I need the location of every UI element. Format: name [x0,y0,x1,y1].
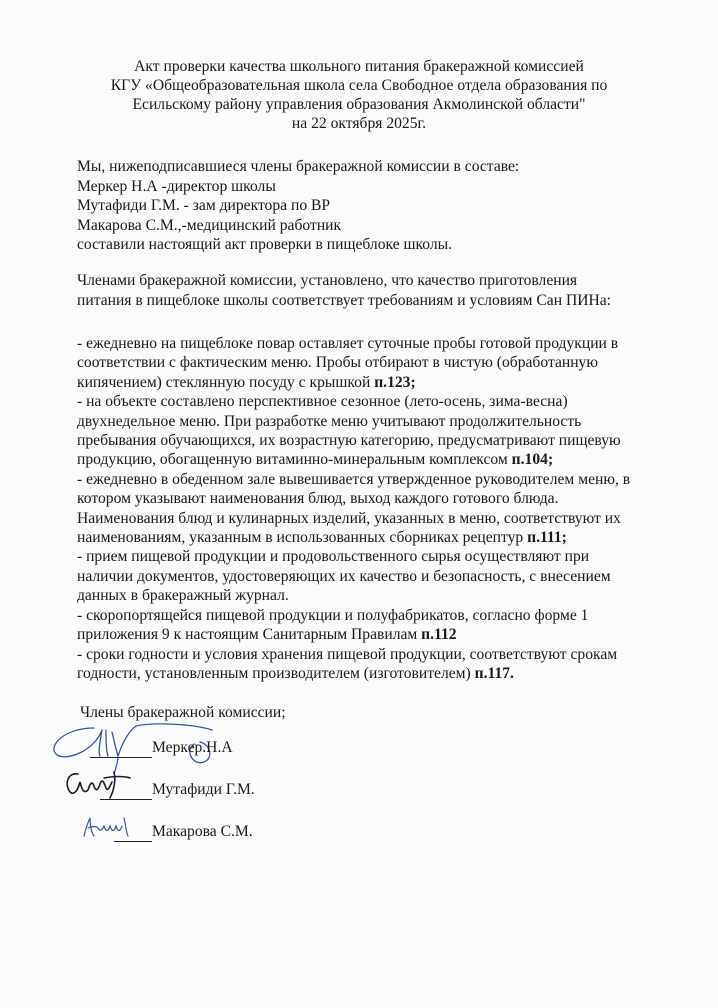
list-line: - на объекте составлено перспективное се… [77,392,630,411]
signature-row-mutafidi: Мутафиди Г.М. [44,764,344,804]
signer-name: Мутафиди Г.М. [152,781,255,799]
list-line: соответствии с фактическим меню. Пробы о… [77,353,630,372]
clause-ref: п.111; [527,529,567,546]
intro-line: Мы, нижеподписавшиеся члены бракеражной … [77,157,519,177]
document-page: Акт проверки качества школьного питания … [0,0,718,1008]
handwritten-signature-icon [44,806,164,846]
findings-line: питания в пищеблоке школы соответствует … [77,291,611,311]
signatures-heading: Члены бракеражной комиссии; [80,703,286,722]
list-line: годности, установленным производителем (… [77,664,630,683]
member-makarova: Макарова С.М.,-медицинский работник [77,216,519,236]
list-line: котором указывают наименования блюд, вых… [77,489,630,508]
findings-line: Членами бракеражной комиссии, установлен… [77,271,611,291]
list-line: приложения 9 к настоящим Санитарным Прав… [77,625,630,644]
member-mutafidi: Мутафиди Г.М. - зам директора по ВР [77,196,519,216]
list-line: двухнедельное меню. При разработке меню … [77,412,630,431]
signer-name: Макарова С.М. [152,823,253,841]
list-line: продукцию, обогащенную витаминно-минерал… [77,450,630,469]
intro-line: составили настоящий акт проверки в пищеб… [77,235,519,255]
signer-name: Меркер.Н.А [152,739,233,757]
list-line: Наименования блюд и кулинарных изделий, … [77,509,630,528]
signature-line [114,841,152,842]
document-title: Акт проверки качества школьного питания … [0,57,718,133]
clause-ref: п.123; [374,374,415,391]
findings-paragraph: Членами бракеражной комиссии, установлен… [77,271,611,310]
list-line: пребывания обучающихся, их возрастную ка… [77,431,630,450]
title-line: КГУ «Общеобразовательная школа села Своб… [0,76,718,95]
clause-ref: п.112 [421,626,456,643]
clause-ref: п.104; [512,451,553,468]
handwritten-signature-icon [44,764,164,804]
signature-line [90,757,152,758]
clause-ref: п.117. [475,665,514,682]
title-date: на 22 октября 2025г. [0,114,718,133]
list-line: - ежедневно на пищеблоке повар оставляет… [77,334,630,353]
commission-members: Мы, нижеподписавшиеся члены бракеражной … [77,157,519,255]
findings-list: - ежедневно на пищеблоке повар оставляет… [77,334,630,683]
title-line: Акт проверки качества школьного питания … [0,57,718,76]
member-merker: Меркер Н.А -директор школы [77,177,519,197]
list-line: наличии документов, удостоверяющих их ка… [77,567,630,586]
list-line: - скоропортящейся пищевой продукции и по… [77,606,630,625]
list-line: кипячением) стеклянную посуду с крышкой … [77,373,630,392]
signature-line [100,799,152,800]
signature-row-merker: Меркер.Н.А [44,722,344,762]
signature-row-makarova: Макарова С.М. [44,806,344,846]
list-line: данных в бракеражный журнал. [77,586,630,605]
list-line: - сроки годности и условия хранения пище… [77,645,630,664]
list-line: наименованиям, указанным в использованны… [77,528,630,547]
title-line: Есильскому району управления образования… [0,95,718,114]
list-line: - прием пищевой продукции и продовольств… [77,547,630,566]
list-line: - ежедневно в обеденном зале вывешиваетс… [77,470,630,489]
